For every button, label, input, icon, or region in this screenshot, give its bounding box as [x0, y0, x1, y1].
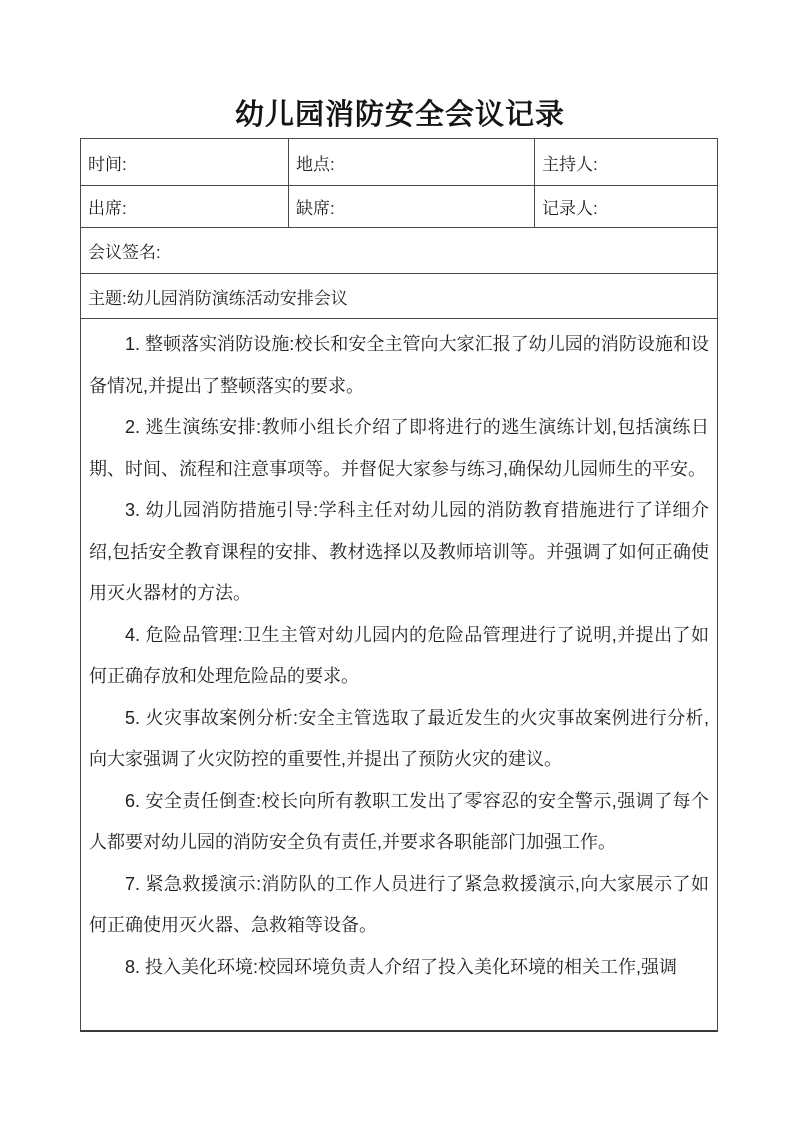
field-absentees: 缺席: [289, 186, 535, 227]
document-title: 幼儿园消防安全会议记录 [0, 92, 800, 133]
meta-row-2: 出席: 缺席: 记录人: [81, 185, 717, 227]
minutes-paragraph-5: 5. 火灾事故案例分析:安全主管选取了最近发生的火灾事故案例进行分析,向大家强调… [89, 698, 709, 781]
field-absentees-label: 缺席: [296, 194, 335, 219]
minutes-paragraph-4: 4. 危险品管理:卫生主管对幼儿园内的危险品管理进行了说明,并提出了如何正确存放… [89, 615, 709, 698]
field-location: 地点: [289, 139, 535, 185]
minutes-paragraph-8: 8. 投入美化环境:校园环境负责人介绍了投入美化环境的相关工作,强调 [89, 947, 709, 989]
meeting-record-table: 时间: 地点: 主持人: 出席: 缺席: 记录人: 会议签名: 主题:幼儿园 [80, 138, 718, 1032]
field-host-label: 主持人: [542, 150, 598, 175]
field-location-label: 地点: [296, 150, 335, 175]
signature-label: 会议签名: [88, 238, 161, 263]
signature-row: 会议签名: [81, 227, 717, 273]
minutes-paragraph-1: 1. 整顿落实消防设施:校长和安全主管向大家汇报了幼儿园的消防设施和设备情况,并… [89, 324, 709, 407]
field-attendees-label: 出席: [88, 194, 127, 219]
document-page: 幼儿园消防安全会议记录 时间: 地点: 主持人: 出席: 缺席: 记录人: [0, 0, 800, 1131]
topic-row: 主题:幼儿园消防演练活动安排会议 [81, 273, 717, 318]
meta-row-1: 时间: 地点: 主持人: [81, 139, 717, 185]
field-attendees: 出席: [81, 186, 289, 227]
field-recorder-label: 记录人: [542, 194, 598, 219]
minutes-body: 1. 整顿落实消防设施:校长和安全主管向大家汇报了幼儿园的消防设施和设备情况,并… [81, 319, 717, 1030]
minutes-row: 1. 整顿落实消防设施:校长和安全主管向大家汇报了幼儿园的消防设施和设备情况,并… [81, 318, 717, 1030]
minutes-paragraph-3: 3. 幼儿园消防措施引导:学科主任对幼儿园的消防教育措施进行了详细介绍,包括安全… [89, 490, 709, 615]
minutes-paragraph-6: 6. 安全责任倒查:校长向所有教职工发出了零容忍的安全警示,强调了每个人都要对幼… [89, 781, 709, 864]
minutes-paragraph-7: 7. 紧急救援演示:消防队的工作人员进行了紧急救援演示,向大家展示了如何正确使用… [89, 864, 709, 947]
minutes-paragraph-2: 2. 逃生演练安排:教师小组长介绍了即将进行的逃生演练计划,包括演练日期、时间、… [89, 407, 709, 490]
field-time: 时间: [81, 139, 289, 185]
field-host: 主持人: [535, 139, 717, 185]
topic-label: 主题:幼儿园消防演练活动安排会议 [88, 284, 348, 309]
field-time-label: 时间: [88, 150, 127, 175]
field-recorder: 记录人: [535, 186, 717, 227]
